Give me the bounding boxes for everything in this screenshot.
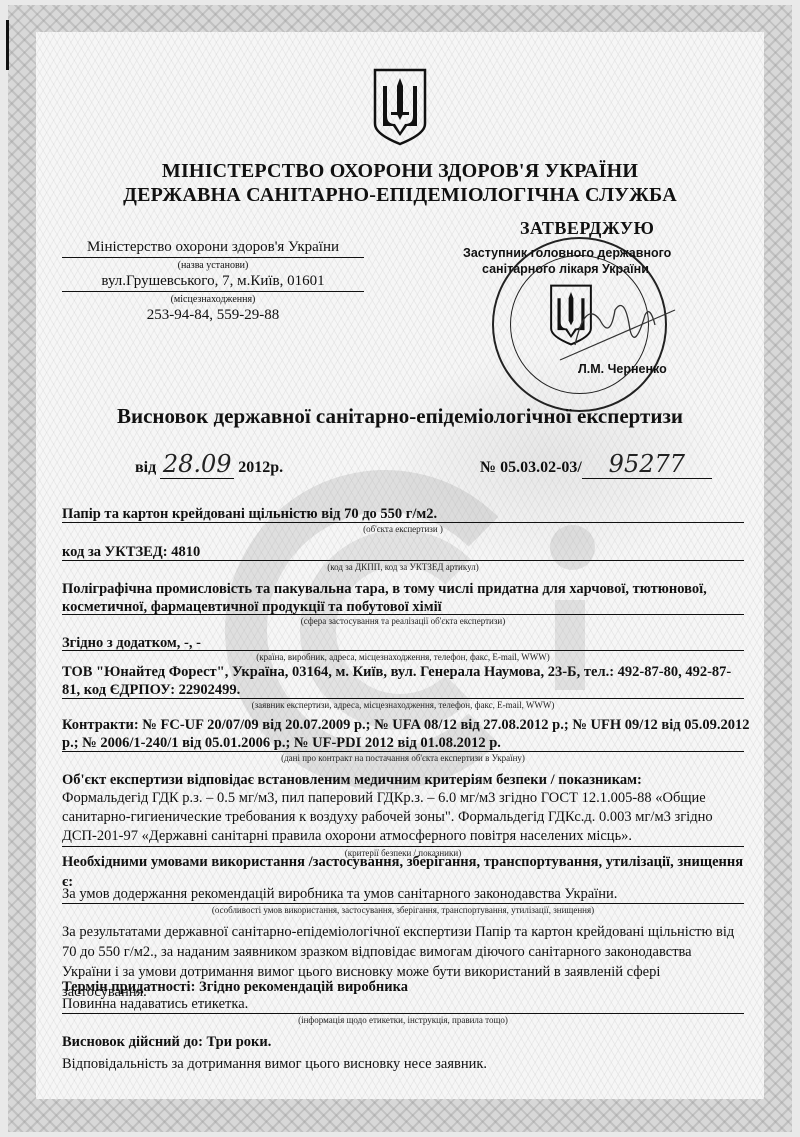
conditions-caption: (особливості умов використання, застосув… xyxy=(62,905,744,915)
code-caption: (код за ДКПП, код за УКТЗЕД артикул) xyxy=(62,562,744,572)
validity-period: Висновок дійсний до: Три роки. xyxy=(62,1033,744,1051)
contracts-caption: (дані про контракт на постачання об'єкта… xyxy=(62,753,744,763)
object-rule xyxy=(62,522,744,523)
institution-name-rule xyxy=(62,257,364,258)
code-rule xyxy=(62,560,744,561)
manufacturer-caption: (країна, виробник, адреса, місцезнаходже… xyxy=(62,652,744,662)
manufacturer-rule xyxy=(62,650,744,651)
document-date: від 28.09 2012р. xyxy=(135,450,283,479)
label-caption: (інформація щодо етикетки, інструкція, п… xyxy=(62,1015,744,1025)
conditions-text: За умов додержання рекомендацій виробник… xyxy=(62,884,744,904)
ministry-title: МІНІСТЕРСТВО ОХОРОНИ ЗДОРОВ'Я УКРАЇНИ xyxy=(0,160,800,183)
object-caption: (об'єкта експертизи ) xyxy=(62,524,744,534)
applicant: ТОВ "Юнайтед Форест", Україна, 03164, м.… xyxy=(62,663,744,699)
criteria-heading: Об'єкт експертизи відповідає встановлени… xyxy=(62,771,744,789)
applicant-caption: (заявник експертизи, адреса, місцезнаход… xyxy=(62,700,744,710)
approval-position-line1: Заступник головного державного xyxy=(463,246,671,260)
contracts: Контракти: № FC-UF 20/07/09 від 20.07.20… xyxy=(62,716,762,752)
application-scope: Поліграфічна промисловість та пакувальна… xyxy=(62,580,744,616)
institution-address-caption: (місцезнаходження) xyxy=(62,294,364,305)
criteria-text: Формальдегід ГДК р.з. – 0.5 мг/м3, пил п… xyxy=(62,789,744,846)
date-suffix: 2012р. xyxy=(238,459,283,476)
product-code: код за УКТЗЕД: 4810 xyxy=(62,543,744,561)
expertise-object: Папір та картон крейдовані щільністю від… xyxy=(62,505,744,523)
scope-caption: (сфера застосування та реалізації об'єкт… xyxy=(62,616,744,626)
label-requirement: Повинна надаватись етикетка. xyxy=(62,994,744,1014)
scope-rule xyxy=(62,614,744,615)
criteria-rule xyxy=(62,846,744,847)
institution-phones: 253-94-84, 559-29-88 xyxy=(62,307,364,324)
number-handwritten: 95277 xyxy=(582,450,712,479)
date-prefix: від xyxy=(135,459,156,476)
applicant-rule xyxy=(62,698,744,699)
institution-address-rule xyxy=(62,291,364,292)
institution-name-caption: (назва установи) xyxy=(62,260,364,271)
document-number: № 05.03.02-03/95277 xyxy=(480,450,712,479)
conditions-rule xyxy=(62,903,744,904)
service-title: ДЕРЖАВНА САНІТАРНО-ЕПІДЕМІОЛОГІЧНА СЛУЖБ… xyxy=(0,184,800,207)
label-rule xyxy=(62,1013,744,1014)
document-title: Висновок державної санітарно-епідеміолог… xyxy=(0,404,800,429)
signature xyxy=(555,290,685,370)
date-handwritten: 28.09 xyxy=(160,450,234,479)
approval-position-line2: санітарного лікаря України xyxy=(482,262,649,276)
approval-label: ЗАТВЕРДЖУЮ xyxy=(520,218,654,239)
institution-address: вул.Грушевського, 7, м.Київ, 01601 xyxy=(62,273,364,290)
approval-signer: Л.М. Черненко xyxy=(578,362,667,376)
contracts-rule xyxy=(62,751,744,752)
number-prefix: № 05.03.02-03/ xyxy=(480,459,582,476)
responsibility-note: Відповідальність за дотримання вимог цьо… xyxy=(62,1054,744,1074)
scan-edge-mark xyxy=(6,20,9,70)
institution-name: Міністерство охорони здоров'я України xyxy=(62,239,364,256)
trident-coat-of-arms-icon xyxy=(373,68,427,146)
